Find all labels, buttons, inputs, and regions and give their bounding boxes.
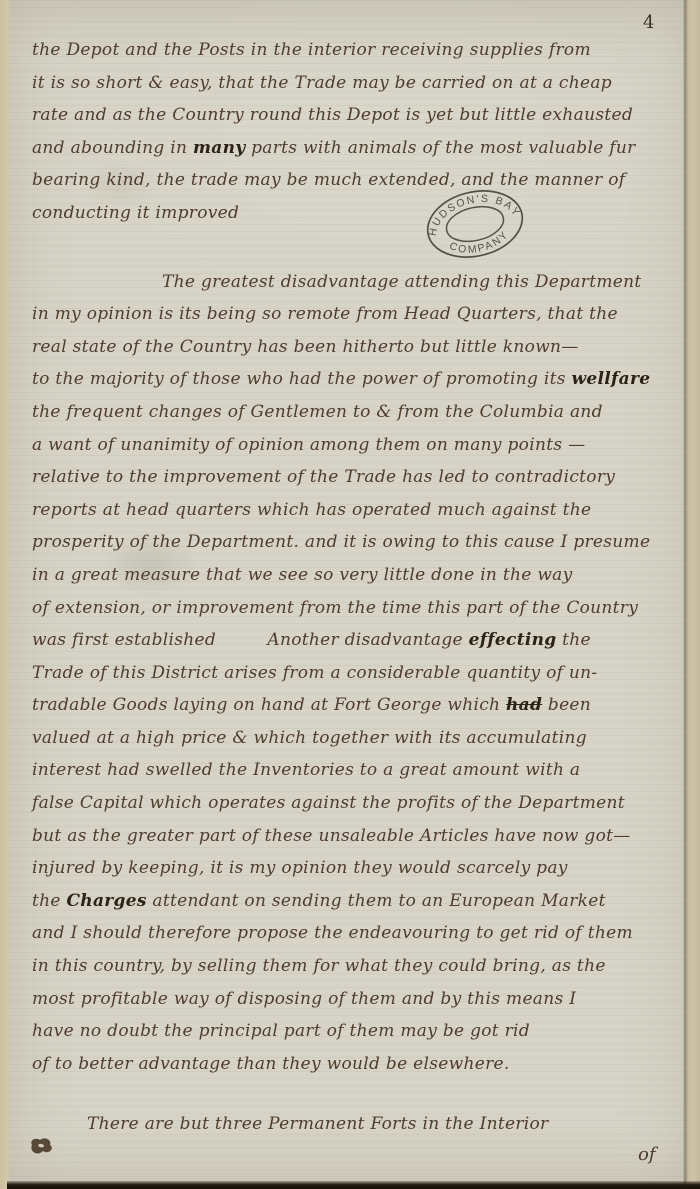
paragraph: There are but three Permanent Forts in t… [32,1108,662,1141]
manuscript-line: valued at a high price & which together … [32,722,662,755]
manuscript-text: valued at a high price & which together … [32,728,587,748]
manuscript-text: interest had swelled the Inventories to … [32,760,580,780]
paragraph: The greatest disadvantage attending this… [32,266,662,1081]
manuscript-line: most profitable way of disposing of them… [32,983,662,1016]
manuscript-text: the frequent changes of Gentlemen to & f… [32,402,603,422]
paragraph: the Depot and the Posts in the interior … [32,34,662,230]
manuscript-text: but as the greater part of these unsalea… [32,826,631,846]
manuscript-line: it is so short & easy, that the Trade ma… [32,67,662,100]
page-gutter-left [0,0,11,1189]
manuscript-text: Trade of this District arises from a con… [32,663,597,683]
manuscript-line: tradable Goods laying on hand at Fort Ge… [32,689,662,722]
manuscript-line: real state of the Country has been hithe… [32,331,662,364]
manuscript-text: rate and as the Country round this Depot… [32,105,633,125]
manuscript-text: injured by keeping, it is my opinion the… [32,858,568,878]
manuscript-line: the Charges attendant on sending them to… [32,885,662,918]
manuscript-text: of to better advantage than they would b… [32,1054,510,1074]
manuscript-text: many [193,138,245,158]
manuscript-text: have no doubt the principal part of them… [32,1021,530,1041]
manuscript-body: the Depot and the Posts in the interior … [32,34,662,1141]
manuscript-line: in this country, by selling them for wha… [32,950,662,983]
manuscript-line: There are but three Permanent Forts in t… [32,1108,662,1141]
manuscript-line: false Capital which operates against the… [32,787,662,820]
manuscript-page: 4 the Depot and the Posts in the interio… [0,0,700,1189]
manuscript-line: relative to the improvement of the Trade… [32,461,662,494]
manuscript-text: The greatest disadvantage attending this… [162,272,642,292]
manuscript-line: in a great measure that we see so very l… [32,559,662,592]
manuscript-line: of to better advantage than they would b… [32,1048,662,1081]
manuscript-line: in my opinion is its being so remote fro… [32,298,662,331]
manuscript-line: reports at head quarters which has opera… [32,494,662,527]
manuscript-line: a want of unanimity of opinion among the… [32,429,662,462]
catchword: of [638,1144,656,1165]
manuscript-line: The greatest disadvantage attending this… [32,266,662,299]
manuscript-text: in this country, by selling them for wha… [32,956,606,976]
manuscript-text: had [506,695,542,715]
manuscript-text: it is so short & easy, that the Trade ma… [32,73,612,93]
manuscript-line: of extension, or improvement from the ti… [32,592,662,625]
page-edge-bottom [7,1181,700,1189]
manuscript-text: been [542,695,591,715]
manuscript-text: prosperity of the Department. and it is … [32,532,650,552]
manuscript-line: prosperity of the Department. and it is … [32,526,662,559]
manuscript-line: to the majority of those who had the pow… [32,363,662,396]
manuscript-text: bearing kind, the trade may be much exte… [32,170,625,190]
manuscript-text: effecting [469,630,557,650]
manuscript-line: bearing kind, the trade may be much exte… [32,164,662,197]
manuscript-text: false Capital which operates against the… [32,793,625,813]
manuscript-line: was first established Another disadvanta… [32,624,662,657]
manuscript-text: a want of unanimity of opinion among the… [32,435,585,455]
manuscript-line: interest had swelled the Inventories to … [32,754,662,787]
manuscript-line: the frequent changes of Gentlemen to & f… [32,396,662,429]
manuscript-text: and abounding in [32,138,193,158]
manuscript-line: conducting it improved [32,197,662,230]
manuscript-line: and abounding in many parts with animals… [32,132,662,165]
manuscript-text: parts with animals of the most valuable … [245,138,635,158]
manuscript-text: conducting it improved [32,203,239,223]
manuscript-line: injured by keeping, it is my opinion the… [32,852,662,885]
manuscript-text: attendant on sending them to an European… [147,891,606,911]
manuscript-text: in my opinion is its being so remote fro… [32,304,618,324]
manuscript-text: real state of the Country has been hithe… [32,337,579,357]
manuscript-text: relative to the improvement of the Trade… [32,467,615,487]
ink-blot-icon [28,1136,56,1160]
manuscript-text: tradable Goods laying on hand at Fort Ge… [32,695,506,715]
manuscript-text: in a great measure that we see so very l… [32,565,573,585]
manuscript-text: reports at head quarters which has opera… [32,500,591,520]
manuscript-line: Trade of this District arises from a con… [32,657,662,690]
manuscript-text: the Depot and the Posts in the interior … [32,40,591,60]
manuscript-text: There are but three Permanent Forts in t… [87,1114,548,1134]
manuscript-text: to the majority of those who had the pow… [32,369,571,389]
manuscript-line: have no doubt the principal part of them… [32,1015,662,1048]
manuscript-line: and I should therefore propose the endea… [32,917,662,950]
manuscript-text: most profitable way of disposing of them… [32,989,576,1009]
page-number: 4 [643,12,655,33]
manuscript-text: and I should therefore propose the endea… [32,923,633,943]
manuscript-line: but as the greater part of these unsalea… [32,820,662,853]
manuscript-text: Charges [66,891,146,911]
manuscript-line: rate and as the Country round this Depot… [32,99,662,132]
manuscript-text: the [32,891,66,911]
manuscript-text: wellfare [571,369,650,389]
manuscript-text: of extension, or improvement from the ti… [32,598,638,618]
manuscript-line: the Depot and the Posts in the interior … [32,34,662,67]
manuscript-text: was first established Another disadvanta… [32,630,469,650]
page-edge-right [683,0,700,1189]
manuscript-text: the [556,630,590,650]
